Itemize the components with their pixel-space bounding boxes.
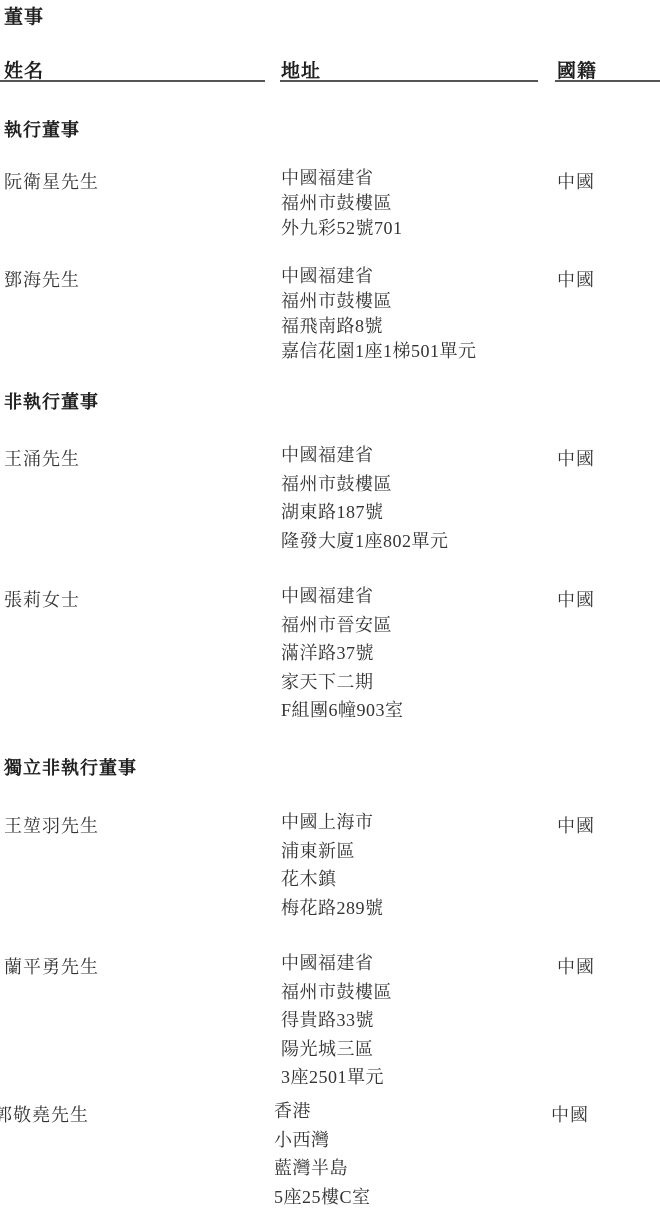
director-nationality: 中國 <box>557 445 595 471</box>
director-nationality: 中國 <box>551 1101 589 1127</box>
address-line: 中國福建省 <box>281 441 449 470</box>
director-address: 中國福建省 福州市鼓樓區 湖東路187號 隆發大廈1座802單元 <box>281 441 449 555</box>
director-name: 蘭平勇先生 <box>4 953 99 979</box>
director-nationality: 中國 <box>557 812 595 838</box>
director-address: 中國福建省 福州市鼓樓區 得貴路33號 陽光城三區 3座2501單元 <box>281 949 392 1092</box>
address-line: 福州市鼓樓區 <box>281 978 392 1007</box>
director-address: 中國上海市 浦東新區 花木鎮 梅花路289號 <box>281 808 384 922</box>
director-name: 王涌先生 <box>4 445 80 471</box>
section-heading-non-executive-directors: 非執行董事 <box>4 388 99 414</box>
director-nationality: 中國 <box>557 586 595 612</box>
address-line: 中國福建省 <box>281 582 404 611</box>
director-nationality: 中國 <box>557 953 595 979</box>
address-line: 陽光城三區 <box>281 1035 392 1064</box>
director-name: 張莉女士 <box>4 586 80 612</box>
address-line: 嘉信花園1座1梯501單元 <box>281 339 477 364</box>
address-line: 浦東新區 <box>281 837 384 866</box>
director-address: 香港 小西灣 藍灣半島 5座25樓C室 <box>274 1097 371 1211</box>
director-name: 阮衛星先生 <box>4 168 99 194</box>
address-line: 花木鎮 <box>281 865 384 894</box>
address-line: 5座25樓C室 <box>274 1183 371 1212</box>
address-line: 福州市晉安區 <box>281 611 404 640</box>
address-line: 3座2501單元 <box>281 1063 392 1092</box>
director-nationality: 中國 <box>557 168 595 194</box>
address-line: F組團6幢903室 <box>281 696 404 725</box>
director-address: 中國福建省 福州市鼓樓區 外九彩52號701 <box>281 166 403 241</box>
director-address: 中國福建省 福州市晉安區 滿洋路37號 家天下二期 F組團6幢903室 <box>281 582 404 725</box>
column-header-name-underline <box>0 80 265 82</box>
column-header-name: 姓名 <box>4 56 44 83</box>
address-line: 家天下二期 <box>281 668 404 697</box>
address-line: 梅花路289號 <box>281 894 384 923</box>
address-line: 福州市鼓樓區 <box>281 289 477 314</box>
column-header-address-underline <box>280 80 538 82</box>
section-heading-executive-directors: 執行董事 <box>4 116 80 142</box>
section-heading-independent-non-executive-directors: 獨立非執行董事 <box>4 754 137 780</box>
column-header-address: 地址 <box>281 56 321 83</box>
address-line: 湖東路187號 <box>281 498 449 527</box>
director-nationality: 中國 <box>557 266 595 292</box>
address-line: 香港 <box>274 1097 371 1126</box>
director-name: 王堃羽先生 <box>4 812 99 838</box>
address-line: 中國福建省 <box>281 264 477 289</box>
address-line: 外九彩52號701 <box>281 216 403 241</box>
column-header-nationality-underline <box>555 80 660 82</box>
director-name: 郭敬堯先生 <box>0 1101 89 1127</box>
address-line: 福州市鼓樓區 <box>281 470 449 499</box>
address-line: 中國福建省 <box>281 166 403 191</box>
address-line: 福州市鼓樓區 <box>281 191 403 216</box>
column-header-nationality: 國籍 <box>557 56 597 83</box>
address-line: 中國上海市 <box>281 808 384 837</box>
director-address: 中國福建省 福州市鼓樓區 福飛南路8號 嘉信花園1座1梯501單元 <box>281 264 477 364</box>
address-line: 隆發大廈1座802單元 <box>281 527 449 556</box>
address-line: 中國福建省 <box>281 949 392 978</box>
address-line: 小西灣 <box>274 1126 371 1155</box>
page-title: 董事 <box>4 2 44 29</box>
address-line: 得貴路33號 <box>281 1006 392 1035</box>
address-line: 藍灣半島 <box>274 1154 371 1183</box>
address-line: 滿洋路37號 <box>281 639 404 668</box>
director-name: 鄧海先生 <box>4 266 80 292</box>
address-line: 福飛南路8號 <box>281 314 477 339</box>
